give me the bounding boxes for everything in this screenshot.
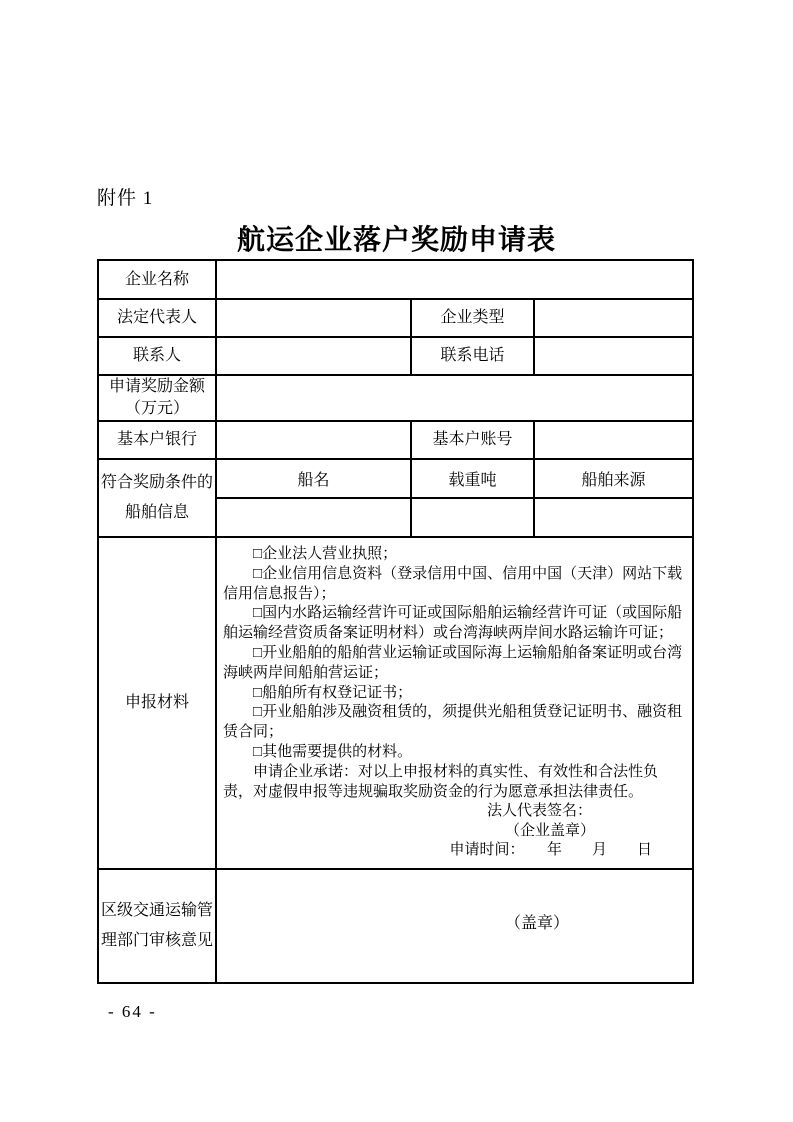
- ship-info-label: 符合奖励条件的船舶信息: [98, 459, 216, 537]
- signature-line: 法人代表签名：: [223, 802, 686, 822]
- checkbox-icon: □: [253, 744, 262, 760]
- row-materials: 申报材料 □企业法人营业执照； □企业信用信息资料（登录信用中国、信用中国（天津…: [98, 537, 693, 869]
- row-reward-amount: 申请奖励金额（万元）: [98, 375, 693, 421]
- ship-name-header: 船名: [216, 459, 411, 498]
- row-ship-headers: 符合奖励条件的船舶信息 船名 载重吨 船舶来源: [98, 459, 693, 498]
- review-opinion-label: 区级交通运输管理部门审核意见: [98, 869, 216, 983]
- legal-rep-value: [216, 299, 411, 337]
- materials-label: 申报材料: [98, 537, 216, 869]
- contact-value: [216, 337, 411, 375]
- company-name-label: 企业名称: [98, 260, 216, 299]
- company-seal-note: （企业盖章）: [223, 822, 686, 842]
- row-review: 区级交通运输管理部门审核意见 （盖章）: [98, 869, 693, 983]
- deadweight-header: 载重吨: [411, 459, 534, 498]
- materials-checklist: □企业法人营业执照； □企业信用信息资料（登录信用中国、信用中国（天津）网站下载…: [217, 538, 692, 868]
- material-item-text: 其他需要提供的材料。: [262, 744, 412, 760]
- legal-rep-label: 法定代表人: [98, 299, 216, 337]
- material-item: □国内水路运输经营许可证或国际船舶运输经营许可证（或国际船舶运输经营资质备案证明…: [223, 604, 686, 644]
- review-opinion-content: （盖章）: [216, 869, 693, 983]
- materials-content: □企业法人营业执照； □企业信用信息资料（登录信用中国、信用中国（天津）网站下载…: [216, 537, 693, 869]
- checkbox-icon: □: [253, 566, 262, 582]
- contact-label: 联系人: [98, 337, 216, 375]
- document-page: 附件 1 航运企业落户奖励申请表 企业名称 法定代表人 企业类型 联系人 联系电…: [0, 0, 793, 1122]
- row-bank: 基本户银行 基本户账号: [98, 421, 693, 459]
- account-label: 基本户账号: [411, 421, 534, 459]
- row-contact: 联系人 联系电话: [98, 337, 693, 375]
- company-type-label: 企业类型: [411, 299, 534, 337]
- material-item-text: 国内水路运输经营许可证或国际船舶运输经营许可证（或国际船舶运输经营资质备案证明材…: [223, 605, 682, 641]
- signature-block: 法人代表签名： （企业盖章） 申请时间： 年 月 日: [223, 802, 686, 861]
- material-item-text: 企业信用信息资料（登录信用中国、信用中国（天津）网站下载信用信息报告）；: [223, 566, 682, 602]
- material-item-text: 开业船舶涉及融资租赁的，须提供光船租赁登记证明书、融资租赁合同；: [223, 704, 682, 740]
- material-item: □开业船舶的船舶营业运输证或国际海上运输船舶备案证明或台湾海峡两岸间船舶营运证；: [223, 644, 686, 684]
- ship-source-value: [534, 498, 693, 537]
- contact-phone-label: 联系电话: [411, 337, 534, 375]
- seal-note: （盖章）: [217, 910, 692, 943]
- attachment-label: 附件 1: [97, 183, 153, 210]
- application-form-table: 企业名称 法定代表人 企业类型 联系人 联系电话 申请奖励金额（万元） 基本户银…: [97, 259, 694, 984]
- material-item: □企业信用信息资料（登录信用中国、信用中国（天津）网站下载信用信息报告）；: [223, 565, 686, 605]
- ship-source-header: 船舶来源: [534, 459, 693, 498]
- account-value: [534, 421, 693, 459]
- reward-amount-label: 申请奖励金额（万元）: [98, 375, 216, 421]
- material-item: □开业船舶涉及融资租赁的，须提供光船租赁登记证明书、融资租赁合同；: [223, 703, 686, 743]
- application-date-line: 申请时间： 年 月 日: [223, 841, 686, 861]
- material-item: □企业法人营业执照；: [223, 545, 686, 565]
- checkbox-icon: □: [253, 704, 262, 720]
- pledge-text: 申请企业承诺：对以上申报材料的真实性、有效性和合法性负责，对虚假申报等违规骗取奖…: [223, 763, 686, 803]
- bank-label: 基本户银行: [98, 421, 216, 459]
- page-number: - 64 -: [108, 1002, 157, 1022]
- contact-phone-value: [534, 337, 693, 375]
- material-item: □其他需要提供的材料。: [223, 743, 686, 763]
- reward-amount-value: [216, 375, 693, 421]
- bank-value: [216, 421, 411, 459]
- checkbox-icon: □: [253, 645, 262, 661]
- company-name-value: [216, 260, 693, 299]
- material-item: □船舶所有权登记证书；: [223, 684, 686, 704]
- material-item-text: 船舶所有权登记证书；: [262, 685, 412, 701]
- deadweight-value: [411, 498, 534, 537]
- material-item-text: 开业船舶的船舶营业运输证或国际海上运输船舶备案证明或台湾海峡两岸间船舶营运证；: [223, 645, 682, 681]
- checkbox-icon: □: [253, 685, 262, 701]
- row-company-name: 企业名称: [98, 260, 693, 299]
- checkbox-icon: □: [253, 546, 262, 562]
- material-item-text: 企业法人营业执照；: [262, 546, 397, 562]
- company-type-value: [534, 299, 693, 337]
- page-title: 航运企业落户奖励申请表: [0, 218, 793, 258]
- checkbox-icon: □: [253, 605, 262, 621]
- row-legal-rep: 法定代表人 企业类型: [98, 299, 693, 337]
- ship-name-value: [216, 498, 411, 537]
